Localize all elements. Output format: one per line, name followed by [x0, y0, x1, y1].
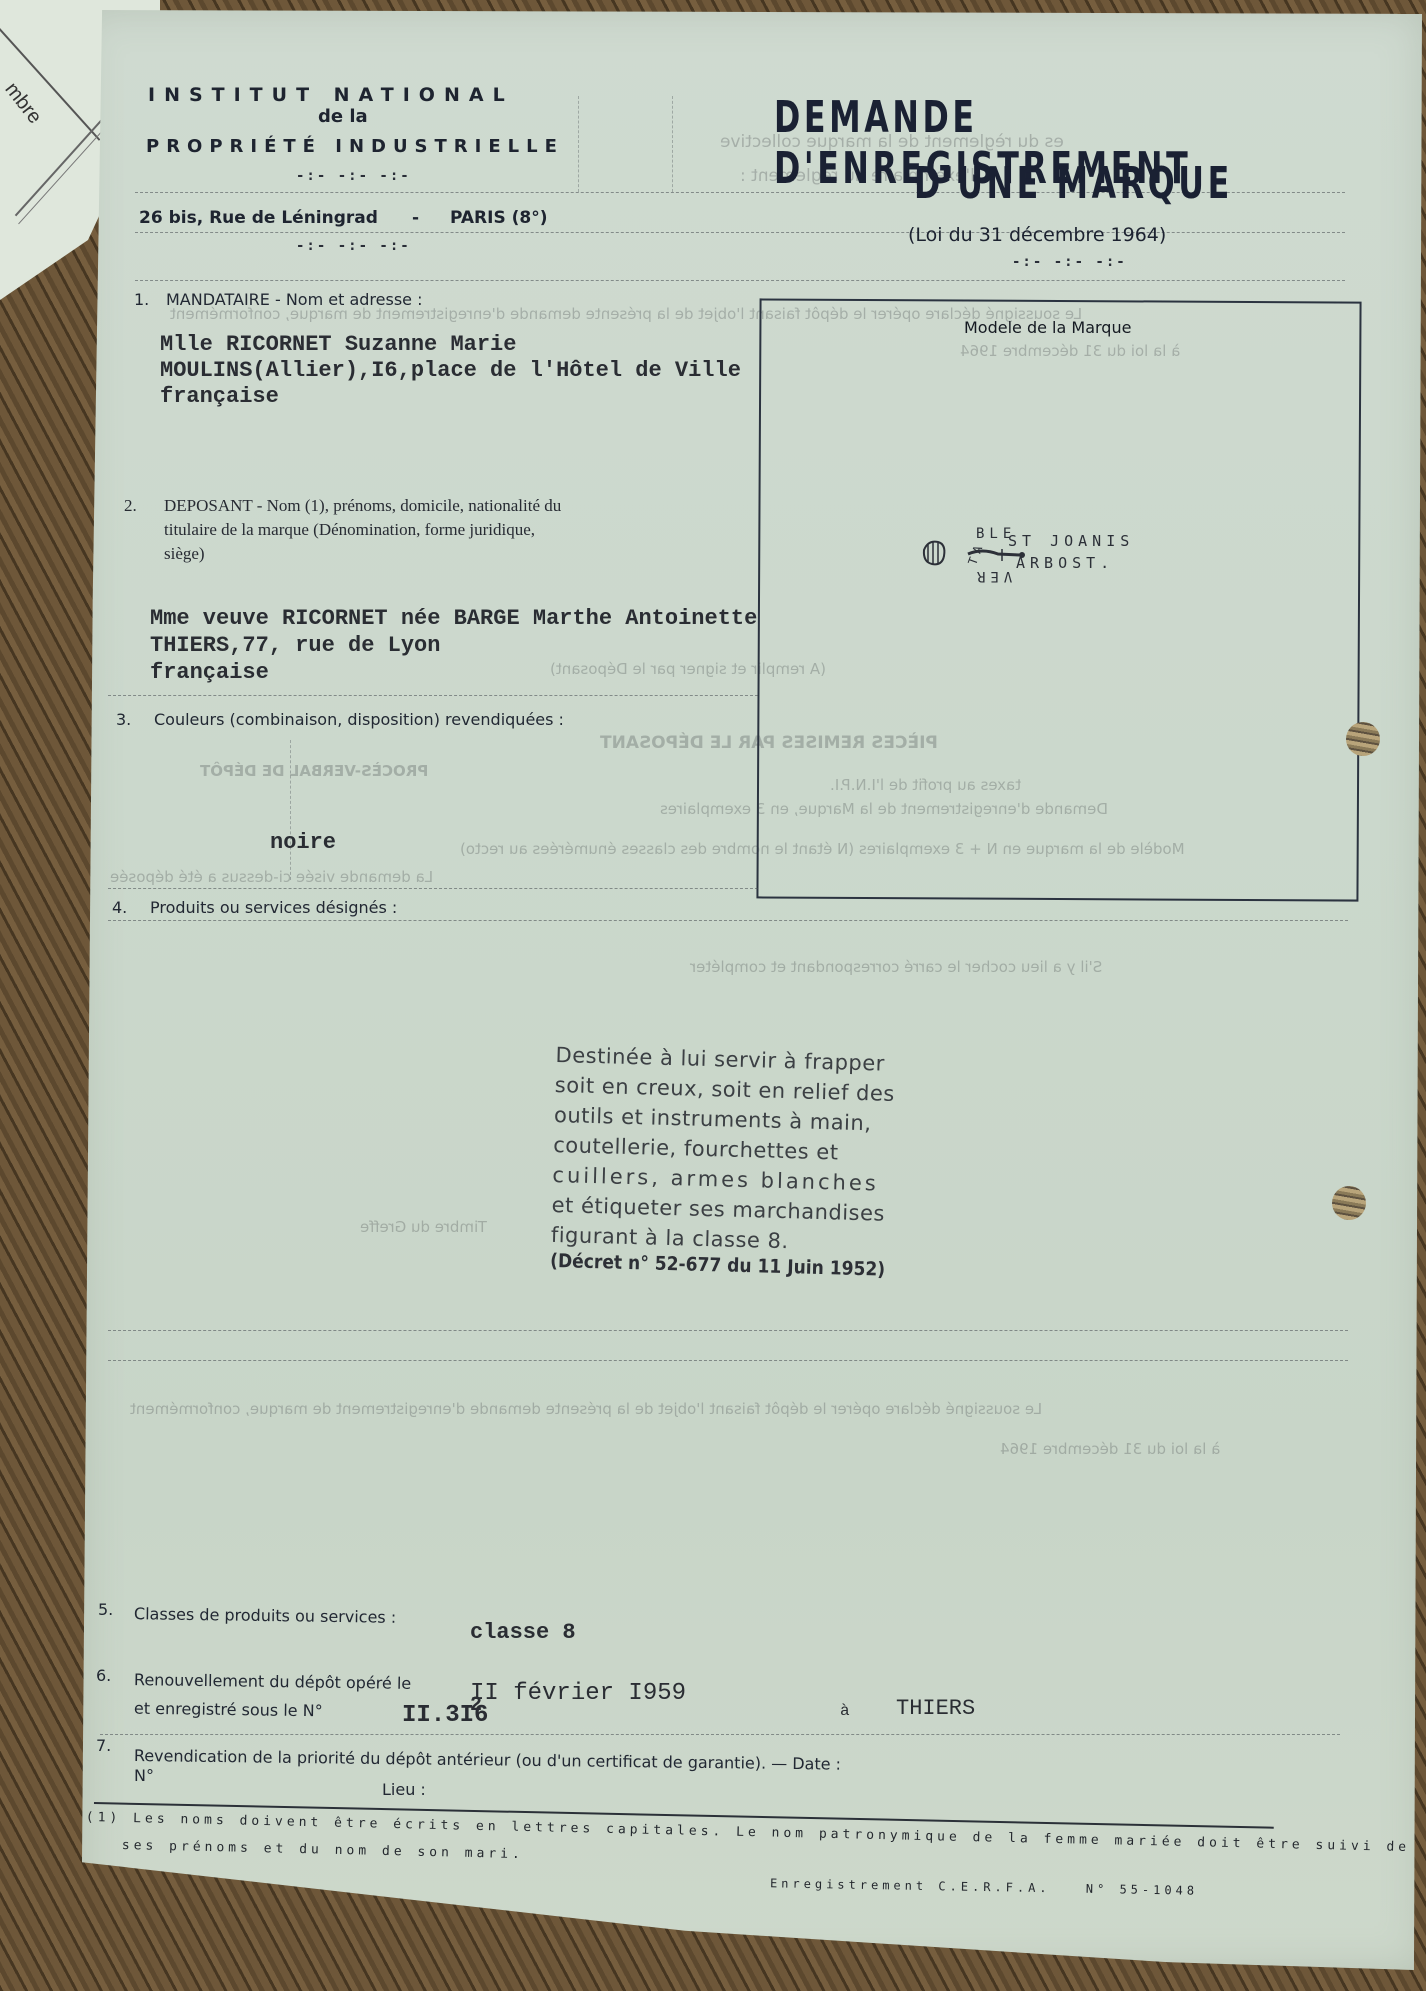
law-reference: (Loi du 31 décembre 1964): [908, 224, 1166, 246]
ornament: -:- -:- -:-: [296, 238, 411, 254]
section2-label-line: titulaire de la marque (Dénomination, fo…: [164, 518, 561, 542]
bleed-through-text: S'il y a lieu cocher le carré correspond…: [690, 958, 1102, 976]
divider: [108, 920, 1348, 921]
bleed-through-text: Le soussigné déclare opérer le dépôt fai…: [130, 1400, 1042, 1418]
address-separator: -: [412, 208, 419, 228]
cerfa-number: N° 55-1048: [1086, 1882, 1198, 1898]
classes-value: classe 8: [470, 1620, 576, 1645]
mark-name-line2: ARBOST.: [1016, 554, 1114, 572]
priority-place-label: Lieu :: [382, 1780, 426, 1799]
divider: [108, 1360, 1348, 1361]
address-street: 26 bis, Rue de Léningrad: [139, 208, 378, 228]
section3-number: 3.: [116, 710, 131, 729]
colour-value: noire: [270, 830, 336, 856]
products-stamp: Destinée à lui servir à frapper soit en …: [550, 1040, 896, 1281]
deposant-address: THIERS,77, rue de Lyon: [150, 633, 440, 659]
divider: [100, 1734, 1340, 1735]
institute-name-line2: de la: [318, 106, 368, 127]
section3-label: Couleurs (combinaison, disposition) reve…: [154, 710, 564, 729]
section6-label-line1: Renouvellement du dépôt opéré le: [134, 1670, 411, 1693]
section6-label-line2: et enregistré sous le N°: [134, 1699, 323, 1721]
header-column-line: [578, 96, 579, 192]
bleed-column-line: [290, 740, 291, 880]
deposant-name: Mme veuve RICORNET née BARGE Marthe Anto…: [150, 606, 757, 632]
section1-label: MANDATAIRE - Nom et adresse :: [166, 290, 422, 309]
deposant-nationality: française: [150, 660, 269, 686]
section5-label: Classes de produits ou services :: [134, 1604, 396, 1627]
punch-hole: [1346, 722, 1380, 756]
mark-name-line1: ST JOANIS: [1008, 532, 1134, 550]
ornament: -:- -:- -:-: [1012, 254, 1127, 270]
divider: [135, 280, 1345, 281]
section1-number: 1.: [134, 290, 149, 309]
bleed-through-text: à la loi du 31 décembre 1964: [1000, 1440, 1220, 1458]
divider: [108, 1330, 1348, 1331]
section7-number: 7.: [96, 1736, 111, 1755]
institute-name-line1: INSTITUT NATIONAL: [148, 84, 514, 106]
bleed-through-text: La demande visée ci-dessus a été déposée: [110, 868, 433, 886]
section4-number: 4.: [112, 898, 127, 917]
section2-number: 2.: [124, 496, 137, 516]
section2-label-line: siège): [164, 542, 561, 566]
footnote-marker: (1): [86, 1810, 122, 1826]
punch-hole: [1332, 1186, 1366, 1220]
fragment-text: mbre: [0, 78, 46, 128]
form-title-line2: D'UNE MARQUE: [914, 158, 1233, 209]
mandataire-nationality: française: [160, 384, 279, 410]
bleed-through-text: PROCÈS-VERBAL DE DÉPÔT: [200, 762, 428, 780]
place-prefix: à: [840, 1702, 850, 1720]
section2-label-line: DEPOSANT - Nom (1), prénoms, domicile, n…: [164, 494, 561, 518]
header-column-line: [672, 96, 673, 192]
address-city: PARIS (8°): [450, 208, 548, 228]
mandataire-name: Mlle RICORNET Suzanne Marie: [160, 332, 516, 358]
registration-number-correction: 2: [470, 1694, 482, 1717]
section2-label: DEPOSANT - Nom (1), prénoms, domicile, n…: [164, 494, 561, 566]
section5-number: 5.: [98, 1600, 113, 1619]
section6-number: 6.: [96, 1666, 111, 1685]
institute-name-line3: PROPRIÉTÉ INDUSTRIELLE: [146, 136, 564, 157]
renewal-place: THIERS: [896, 1696, 975, 1721]
priority-number-label: N°: [134, 1766, 154, 1785]
ornament: -:- -:- -:-: [296, 168, 411, 184]
mandataire-address: MOULINS(Allier),I6,place de l'Hôtel de V…: [160, 358, 741, 384]
bleed-through-text: Timbre du Greffe: [360, 1218, 487, 1236]
trademark-model-box: [756, 298, 1361, 901]
mark-arc-bottom: VER: [972, 568, 1012, 584]
divider: [108, 695, 758, 696]
section4-label: Produits ou services désignés :: [150, 898, 397, 917]
renewal-date: II février I959: [470, 1680, 686, 1707]
model-box-title: Modele de la Marque: [964, 318, 1131, 337]
divider: [108, 888, 758, 889]
